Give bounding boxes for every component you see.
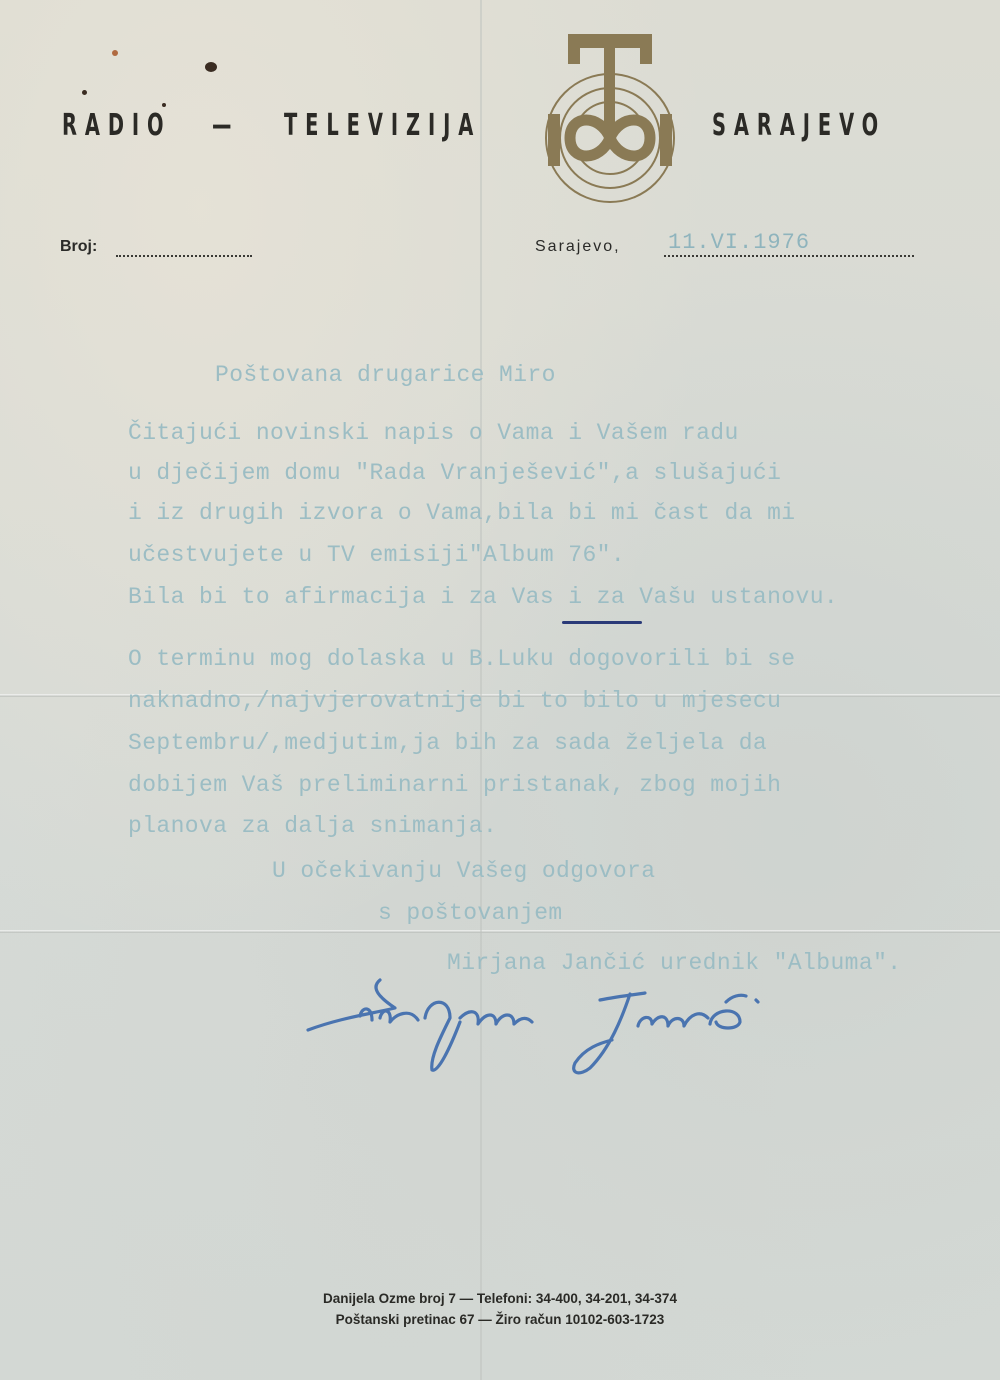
rtv-sarajevo-logo-icon [540, 28, 680, 208]
number-label: Broj: [60, 238, 97, 256]
body-line: učestvujete u TV emisiji"Album 76". [128, 542, 625, 568]
letterhead-radio: RADIO [62, 108, 171, 143]
handwritten-signature [300, 978, 770, 1093]
paper-fold [0, 930, 1000, 933]
salutation: Poštovana drugarice Miro [215, 362, 556, 388]
body-line: dobijem Vaš preliminarni pristanak, zbog… [128, 772, 781, 798]
number-field [116, 253, 252, 257]
typed-signature: Mirjana Jančić urednik "Albuma". [447, 950, 901, 976]
closing-line: s poštovanjem [378, 900, 563, 926]
body-line: naknadno,/najvjerovatnije bi to bilo u m… [128, 688, 781, 714]
ink-underline [562, 621, 642, 624]
body-line: Septembru/,medjutim,ja bih za sada želje… [128, 730, 767, 756]
letterhead-sarajevo: SARAJEVO [712, 108, 886, 143]
letterhead-dash: — [212, 108, 231, 143]
body-line: u dječijem domu "Rada Vranješević",a slu… [128, 460, 781, 486]
footer-postbox-account: Poštanski pretinac 67 — Žiro račun 10102… [0, 1312, 1000, 1327]
date-value: 11.VI.1976 [668, 230, 810, 255]
closing-line: U očekivanju Vašeg odgovora [272, 858, 655, 884]
letterhead-televizija: TELEVIZIJA [284, 108, 481, 143]
body-line: O terminu mog dolaska u B.Luku dogovoril… [128, 646, 796, 672]
body-line: Bila bi to afirmacija i za Vas i za Vašu… [128, 584, 838, 610]
body-line: i iz drugih izvora o Vama,bila bi mi čas… [128, 500, 796, 526]
paper-hole [162, 103, 166, 107]
body-line: planova za dalja snimanja. [128, 813, 497, 839]
date-field-line [664, 253, 914, 257]
paper-hole [205, 62, 217, 72]
footer-address-phones: Danijela Ozme broj 7 — Telefoni: 34-400,… [0, 1291, 1000, 1306]
place-label: Sarajevo, [535, 238, 621, 256]
paper-hole [82, 90, 87, 95]
body-line: Čitajući novinski napis o Vama i Vašem r… [128, 420, 739, 446]
paper-stain [112, 50, 118, 56]
